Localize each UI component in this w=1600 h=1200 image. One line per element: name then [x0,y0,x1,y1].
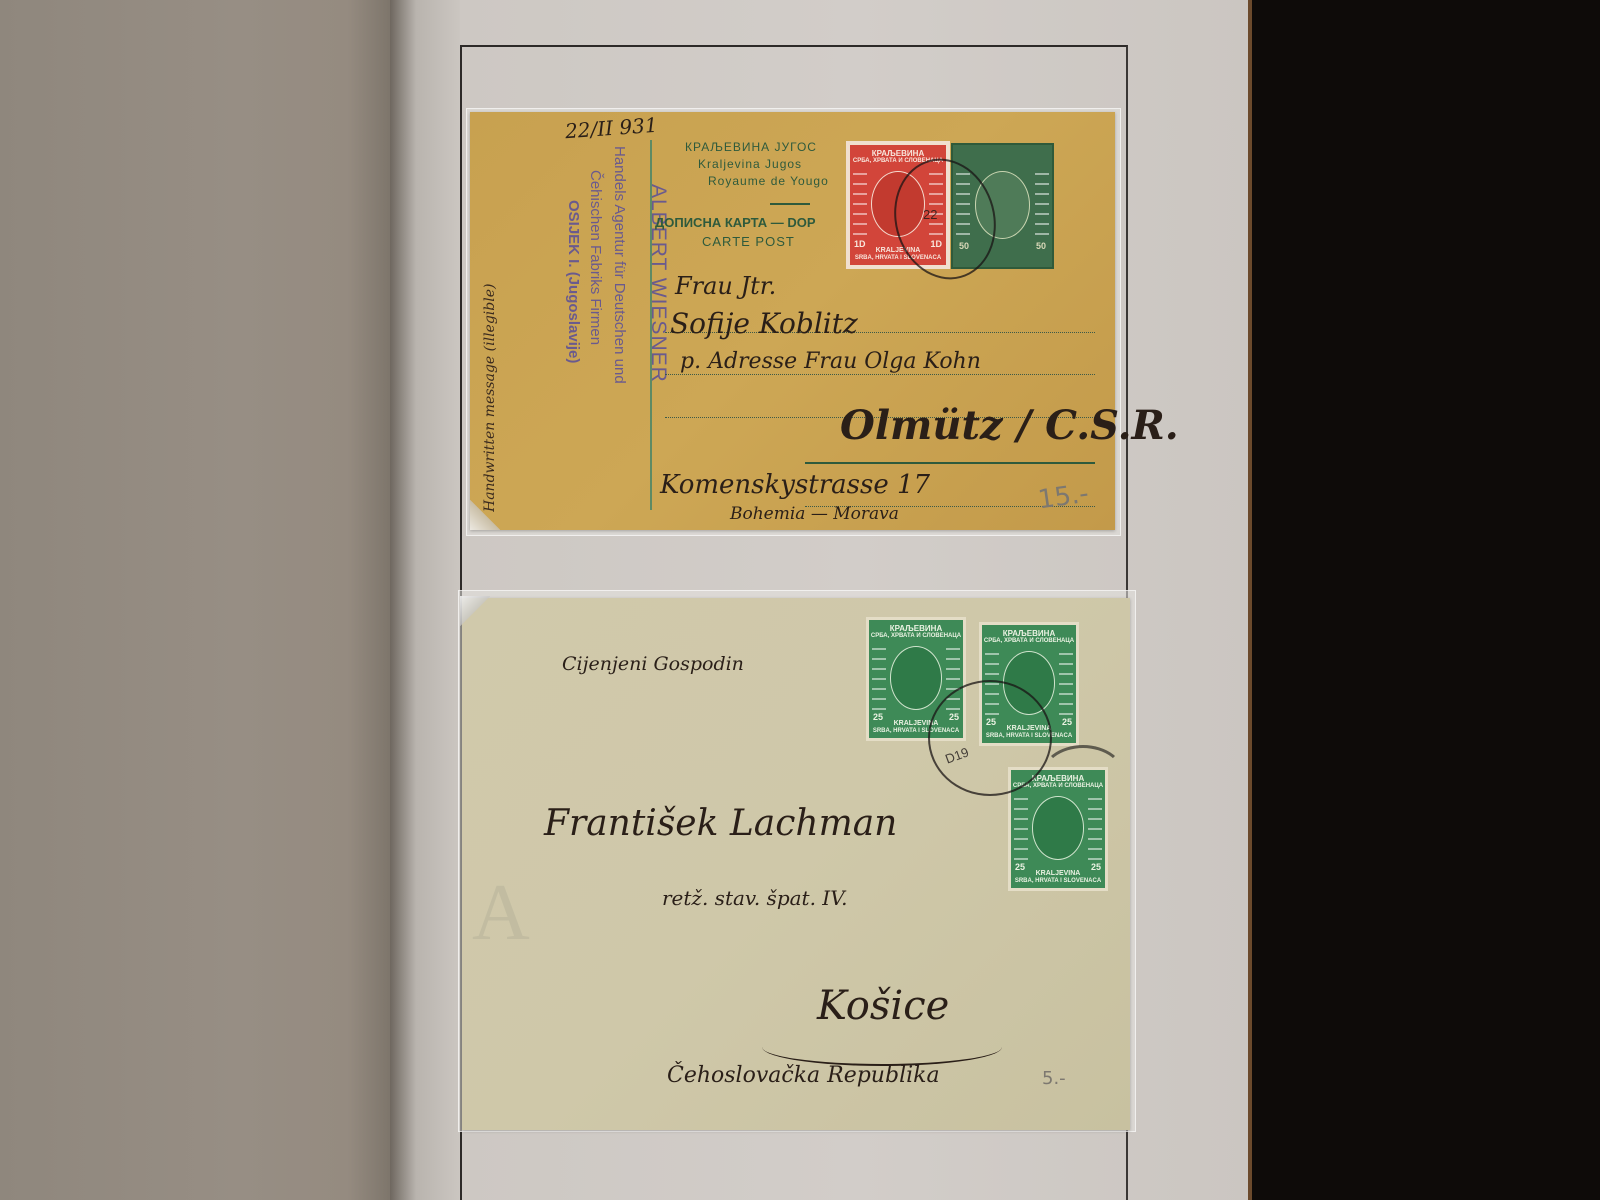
card-subtitle-line: CARTE POST [702,234,795,249]
stamp-top-text: СРБА, ХРВАТА И СЛОВЕНАЦА [869,633,963,640]
address-line-3: p. Adresse Frau Olga Kohn [680,349,981,374]
show-through-print: A [472,868,530,959]
destination-country: Čehoslovačka Republika [667,1063,940,1088]
stamp-top-text: КРАЉЕВИНА [982,625,1076,638]
address-line-4: Olmütz / C.S.R. [840,402,1179,449]
salutation: Cijenjeni Gospodin [562,653,744,675]
imprint-header-cyrillic: КРАЉЕВИНА ЈУГОС [685,140,817,154]
corner-mount [460,596,490,626]
sender-stamp-line3: OSIJEK I. (Jugoslavije) [565,200,582,363]
sender-stamp-line2: Čehischen Fabriks Firmen [587,170,604,345]
sender-stamp-line1: Handels Agentur für Deutschen und [611,146,628,384]
pencil-price: 5.- [1042,1068,1066,1089]
address-line-5: Komenskystrasse 17 [660,470,930,500]
address-line-6: Bohemia — Morava [730,504,899,524]
stamp-bottom-text: SRBA, HRVATA I SLOVENACA [1011,877,1105,885]
flourish-underline [762,1028,1002,1066]
album-gutter [390,0,465,1200]
address-line-2: Sofije Koblitz [670,307,858,340]
stamp-ornament [1035,169,1049,241]
card-title-line: ДОПИСНА КАРТА — DOP [655,215,816,230]
addressee-title: retž. stav. špat. IV. [662,886,848,910]
postmark-cancel [928,680,1052,796]
imprint-header-latin: Kraljevina Jugos [698,157,802,171]
stamp-top-text: СРБА, ХРВАТА И СЛОВЕНАЦА [982,638,1076,645]
left-album-page [0,0,395,1200]
address-line-1: Frau Jtr. [675,272,776,300]
stamp-value: 50 [1034,241,1048,251]
stamp-ornament [1059,649,1073,717]
addressee-name: František Lachman [544,803,897,844]
postmark-date: 22 [923,207,937,222]
address-line [665,374,1095,375]
stamp-top-text: КРАЉЕВИНА [850,145,946,158]
king-portrait [890,646,943,710]
stamp-ornament [872,644,886,712]
destination-city: Košice [817,983,949,1029]
imprint-rule [770,203,810,205]
pencil-price: 15.- [1036,479,1090,516]
stamp-ornament [1014,794,1028,862]
address-line-bold [805,462,1095,464]
stamp-ornament [853,169,867,239]
sender-name-stamp: ALBERT WIESNER [646,184,670,383]
page-edge [1248,0,1252,1200]
imprint-header-french: Royaume de Yougo [708,174,829,188]
card1-date-note: 22/II 931 [564,113,658,143]
stamp-top-text: КРАЉЕВИНА [869,620,963,633]
postmark-cancel-arc [1040,745,1126,811]
